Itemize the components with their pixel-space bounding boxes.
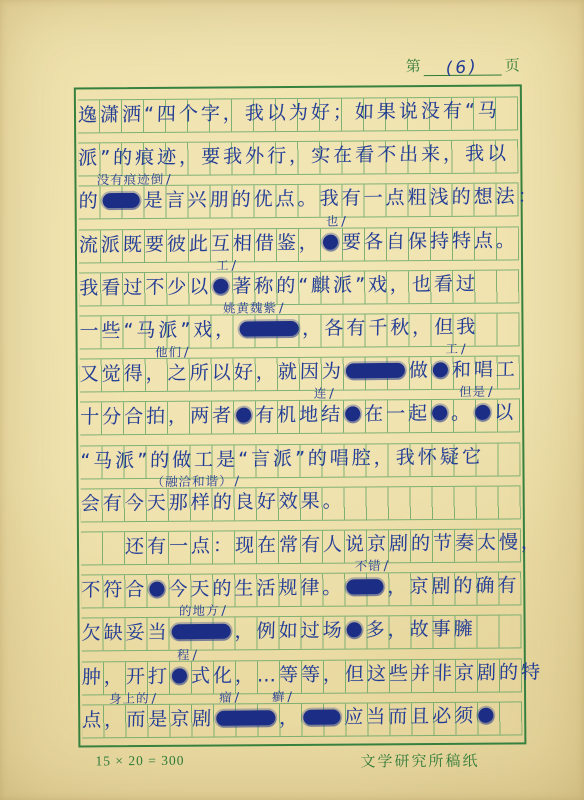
handwritten-text: “马派”的做工是“言派”的唱腔，我怀疑它: [80, 445, 484, 472]
insertion-annotation: 身上的: [109, 691, 157, 706]
insertion-annotation: 不错: [354, 559, 389, 573]
handwritten-line: 会有今天那样的良好效果。（融洽和谐）: [80, 485, 345, 522]
scribbled-out-text: [172, 668, 187, 683]
page-number-handwritten: (6): [445, 57, 480, 79]
handwritten-text: 多，故事臃: [365, 618, 476, 641]
insertion-annotation: 工: [216, 258, 237, 272]
insertion-annotation: 他们: [155, 345, 190, 359]
scribbled-out-text: [478, 708, 493, 723]
handwritten-text: 又觉得，之所以好，就因为: [80, 361, 345, 386]
handwritten-line: “马派”的做工是“言派”的唱腔，我怀疑它: [80, 440, 484, 479]
handwritten-text: ，: [279, 707, 302, 729]
manuscript-sheet: 第(6)页 逸潇洒“四个字，我以为好；如果说没有“马派”的痕迹，要我外行，实在看…: [0, 0, 584, 800]
footer-paper-brand: 文学研究所稿纸: [360, 750, 479, 772]
handwritten-text: 在一起: [364, 403, 431, 426]
handwritten-text: 以: [494, 402, 517, 424]
handwritten-line: 欠缺妥当，例如过场多，故事臃的地方: [81, 613, 476, 651]
scribbled-out-text: [323, 234, 338, 249]
handwritten-text: 点，而是京剧: [82, 708, 215, 732]
scribbled-out-text: [345, 407, 360, 422]
manuscript-paper: 第(6)页 逸潇洒“四个字，我以为好；如果说没有“马派”的痕迹，要我外行，实在看…: [0, 0, 584, 800]
handwritten-text: 。: [451, 402, 474, 424]
handwritten-line: 十分合拍，两者有机地结在一起。以连但是: [80, 397, 517, 436]
handwritten-line: 点，而是京剧，应当而且必须身上的瘤癣: [82, 699, 498, 738]
handwritten-text: 我看过不少以: [79, 276, 212, 300]
scribbled-out-text: [213, 278, 228, 293]
scribbled-out-text: [216, 710, 275, 726]
handwritten-text: ，各有千秋，但我: [302, 316, 479, 340]
page-number-prefix: 第: [406, 59, 421, 75]
scribbled-out-text: [432, 406, 447, 421]
handwritten-text: 肿，开打: [82, 665, 171, 688]
handwritten-text: ，例如过场: [234, 620, 345, 643]
scribbled-out-text: [236, 408, 251, 423]
scribbled-out-text: [347, 623, 362, 638]
insertion-annotation: 连: [314, 387, 335, 401]
handwritten-text: 会有今天那样的良好效果。: [80, 490, 345, 515]
handwritten-line: 又觉得，之所以好，就因为做和唱工他们工: [79, 354, 518, 393]
grid-bands-layer: [0, 0, 581, 2]
handwritten-text: 要各自保持特点。: [342, 229, 519, 253]
handwritten-text: 是言兴朋的优点。我有一点粗浅的想法：: [143, 186, 540, 212]
handwritten-text: 今天的生活规律。: [168, 577, 345, 601]
page-number-underline: (6): [424, 55, 502, 77]
handwritten-line: 的是言兴朋的优点。我有一点粗浅的想法：没有痕迹倒: [78, 181, 540, 220]
handwritten-line: 一些“马派”戏，，各有千秋，但我姚黄魏紫: [79, 311, 479, 350]
insertion-annotation: 没有痕迹倒: [97, 173, 172, 188]
footer-grid-spec: 15 × 20 = 300: [95, 753, 184, 770]
handwritten-text: 欠缺妥当: [81, 622, 170, 645]
handwritten-text: 逸潇洒“四个字，我以为好；如果说没有“马: [78, 100, 500, 127]
handwritten-text: 和唱工: [452, 359, 519, 382]
insertion-annotation: 程: [177, 648, 198, 662]
insertion-annotation: 但是: [459, 385, 494, 399]
handwritten-text: 还有一点：现在常有人说京剧的节奏太慢，: [125, 531, 544, 558]
handwritten-text: 一些“马派”戏，: [79, 319, 237, 343]
handwritten-text: ，京剧的确有: [387, 575, 520, 599]
scribbled-out-text: [102, 193, 139, 208]
page-number-suffix: 页: [505, 58, 520, 74]
scribbled-out-text: [346, 363, 405, 379]
scribbled-out-text: [171, 624, 230, 640]
insertion-annotation: （融洽和谐）: [151, 474, 240, 489]
handwritten-line: 流派既要彼此互相借鉴，要各自保持特点。也: [78, 224, 518, 263]
handwritten-text: 十分合拍，两者: [80, 405, 235, 429]
handwritten-line: 逸潇洒“四个字，我以为好；如果说没有“马: [78, 95, 501, 134]
insertion-annotation: 工: [445, 342, 466, 356]
handwritten-text: 做: [409, 360, 432, 382]
handwritten-text: 有机地结: [255, 404, 344, 427]
handwritten-text: 不符合: [81, 579, 148, 602]
handwriting-layer: 逸潇洒“四个字，我以为好；如果说没有“马派”的痕迹，要我外行，实在看不出来，我以…: [0, 0, 581, 2]
scribbled-out-text: [433, 362, 448, 377]
handwritten-text: 派”的痕迹，要我外行，实在看不出来，我以: [78, 143, 509, 170]
handwritten-text: 的: [78, 191, 101, 213]
scribbled-out-text: [475, 405, 490, 420]
handwritten-line: 不符合今天的生活规律。，京剧的确有不错: [81, 570, 520, 609]
handwritten-text: 流派既要彼此互相借鉴，: [79, 231, 322, 256]
scribbled-out-text: [239, 321, 298, 337]
scribbled-out-text: [303, 709, 340, 724]
handwritten-text: 式化，…等等，但这些并非京剧的特: [191, 661, 544, 687]
page-header: 第(6)页: [406, 54, 520, 76]
handwritten-line: 还有一点：现在常有人说京剧的节奏太慢，: [81, 526, 544, 565]
insertion-annotation: 也: [326, 214, 347, 228]
insertion-annotation: 的地方: [179, 604, 227, 619]
insertion-annotation: 姚黄魏紫: [223, 301, 285, 316]
scribbled-out-text: [149, 582, 164, 597]
scribbled-out-text: [346, 579, 383, 594]
insertion-annotation: 瘤: [219, 690, 240, 704]
handwritten-text: 应当而且必须: [344, 705, 477, 729]
handwritten-text: 著称的“麒派”戏，也看过: [232, 273, 478, 298]
handwritten-line: 肿，开打式化，…等等，但这些并非京剧的特程: [82, 656, 544, 695]
insertion-annotation: 癣: [272, 690, 293, 704]
